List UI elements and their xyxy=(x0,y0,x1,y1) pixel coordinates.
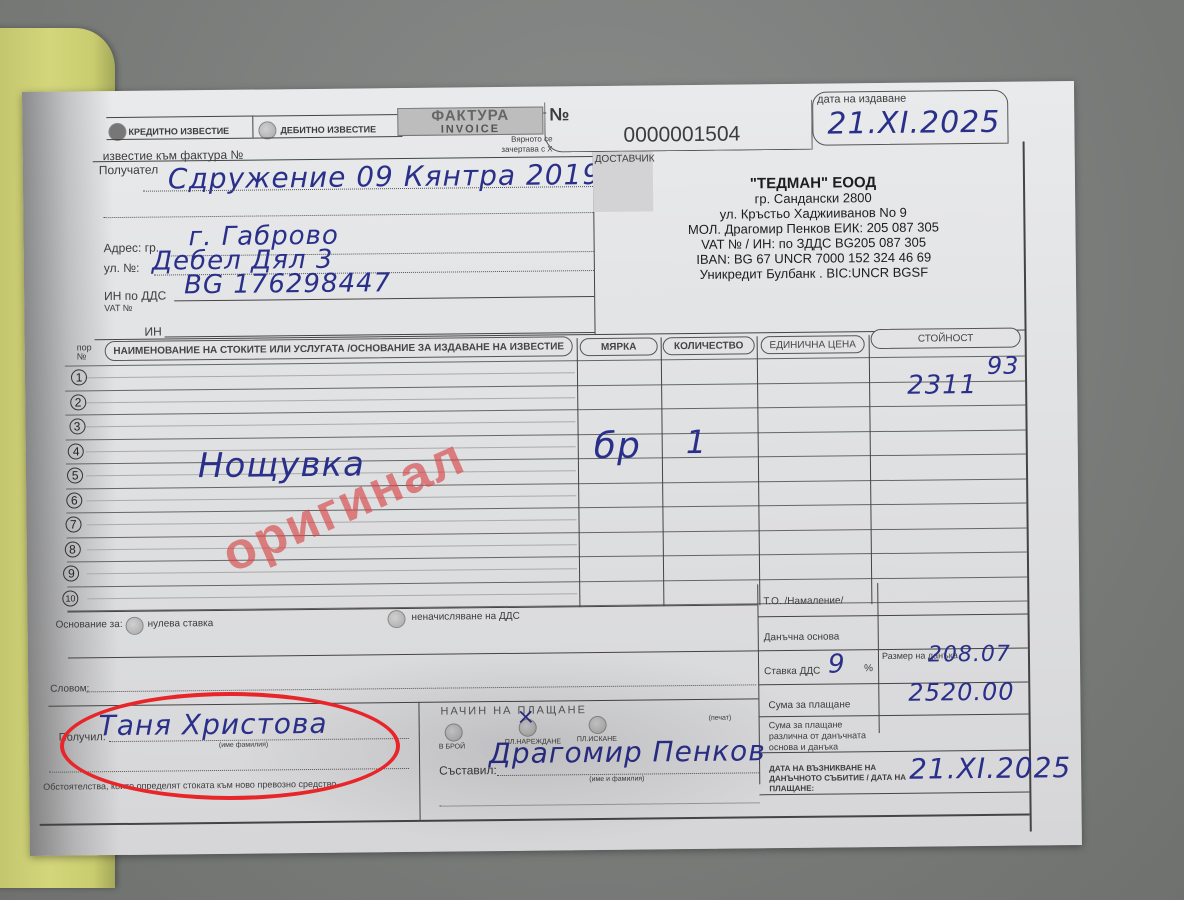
tax-base-label: Данъчна основа xyxy=(764,631,840,643)
stamp-hint: (печат) xyxy=(709,715,732,722)
col-header-quantity: КОЛИЧЕСТВО xyxy=(663,336,755,355)
supplier-label: ДОСТАВЧИК xyxy=(595,153,655,165)
invoice-number: 0000001504 xyxy=(623,122,740,147)
composed-by: Драгомир Пенков xyxy=(489,734,766,770)
item-quantity: 1 xyxy=(686,423,708,461)
total-label: Сума за плащане xyxy=(768,699,850,711)
discount-label: Т.О. /Намаление/ xyxy=(763,595,843,607)
credit-note-label: КРЕДИТНО ИЗВЕСТИЕ xyxy=(128,126,229,137)
no-vat-radio[interactable] xyxy=(387,610,405,628)
composed-name-hint: (име и фамилия) xyxy=(589,776,644,784)
payment-selected-mark: × xyxy=(516,705,536,730)
debit-note-label: ДЕБИТНО ИЗВЕСТИЕ xyxy=(280,124,376,135)
event-date-value: 21.XI.2025 xyxy=(909,751,1071,786)
recipient-vat: BG 176298447 xyxy=(184,268,391,300)
item-value-dec: 93 xyxy=(987,352,1020,380)
issue-date-value: 21.XI.2025 xyxy=(827,105,1000,142)
id-label: ИН xyxy=(144,325,161,339)
vat-amount-value: 208.07 xyxy=(928,642,1011,668)
payment-cash-radio[interactable] xyxy=(445,723,463,741)
col-header-unit-price: ЕДИНИЧНА ЦЕНА xyxy=(761,335,865,354)
payment-request-radio[interactable] xyxy=(589,716,607,734)
basis-label: Основание за: xyxy=(56,619,123,631)
row-number: 4 xyxy=(68,443,84,459)
row-number: 10 xyxy=(62,590,78,606)
percent-sign: % xyxy=(864,663,873,674)
col-header-value: СТОЙНОСТ xyxy=(871,328,1021,350)
vat-rate-label: Ставка ДДС xyxy=(764,666,820,678)
row-number: 1 xyxy=(71,369,87,385)
vat-label: ИН по ДДС xyxy=(104,289,166,304)
row-number: 2 xyxy=(70,394,86,410)
recipient-label: Получател xyxy=(99,163,158,178)
invoice-title: ФАКТУРА xyxy=(398,108,542,125)
vat-label-en: VAT № xyxy=(104,303,132,313)
supplier-bank: Уникредит Булбанк . BIC:UNCR BGSF xyxy=(614,264,1014,283)
number-label: № xyxy=(549,104,569,125)
payment-label: НАЧИН НА ПЛАЩАНЕ xyxy=(440,704,587,718)
invoice-number-box: № 0000001504 xyxy=(544,100,813,153)
payment-cash-label: В БРОЙ xyxy=(439,743,465,750)
strike-hint: Вярното се зачертава с Х xyxy=(472,134,552,155)
row-number: 8 xyxy=(64,541,80,557)
total-value: 2520.00 xyxy=(908,678,1015,707)
row-number: 3 xyxy=(69,418,85,434)
words-label: Словом: xyxy=(50,683,89,694)
item-unit: бр xyxy=(594,426,641,467)
street-label: ул. №: xyxy=(104,261,140,275)
row-number-header: пор № xyxy=(77,343,101,361)
zero-rate-radio[interactable] xyxy=(126,617,144,635)
no-vat-label: неначисляване на ДДС xyxy=(411,611,519,623)
zero-rate-label: нулева ставка xyxy=(148,618,214,630)
highlight-ellipse xyxy=(60,692,400,800)
supplier-info: "ТЕДМАН" ЕООД гр. Сандански 2800 ул. Кръ… xyxy=(613,174,1014,283)
row-number: 6 xyxy=(66,492,82,508)
col-header-description: НАИМЕНОВАНИЕ НА СТОКИТЕ ИЛИ УСЛУГАТА /ОС… xyxy=(105,336,573,361)
row-number: 5 xyxy=(67,467,83,483)
event-date-label: ДАТА НА ВЪЗНИКВАНЕ НА ДАНЪЧНОТО СЪБИТИЕ … xyxy=(769,763,919,795)
diff-label: Сума за плащане различна от данъчната ос… xyxy=(769,719,884,753)
vat-rate-value: 9 xyxy=(828,649,846,679)
row-number: 7 xyxy=(65,516,81,532)
col-header-unit: МЯРКА xyxy=(580,337,658,356)
item-value-int: 2311 xyxy=(907,370,977,401)
row-number: 9 xyxy=(63,565,79,581)
issue-date-label: дата на издаване xyxy=(817,93,906,106)
invoice-title-box: ФАКТУРА INVOICE xyxy=(397,107,543,137)
issue-date-box: дата на издаване 21.XI.2025 xyxy=(812,90,1009,146)
